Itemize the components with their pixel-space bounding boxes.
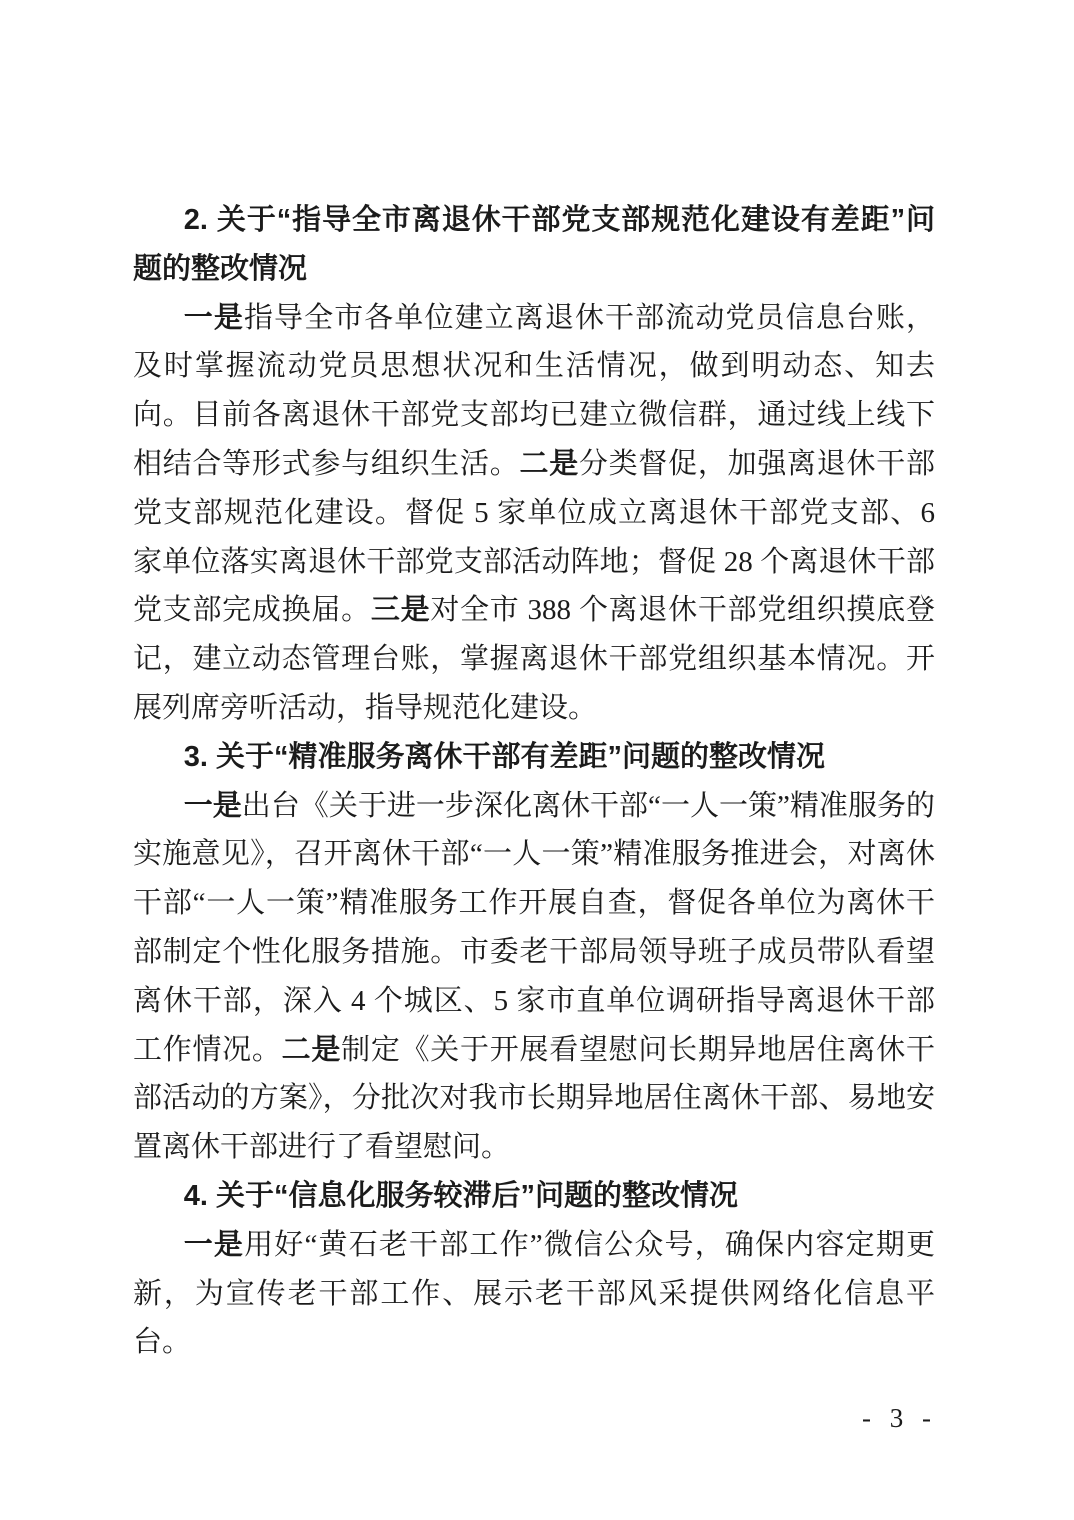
document-content: 2. 关于“指导全市离退休干部党支部规范化建设有差距”问题的整改情况 一是指导全… — [133, 196, 935, 1367]
paragraph-lead-in: 一是 — [184, 1229, 244, 1261]
paragraph-text: 出台《关于进一步深化离休干部“一人一策”精准服务的实施意见》，召开离休干部“一人… — [133, 790, 935, 1066]
section-3-heading: 3. 关于“精准服务离休干部有差距”问题的整改情况 — [133, 733, 935, 782]
page-number: - 3 - — [862, 1403, 937, 1434]
section-3-paragraph: 一是出台《关于进一步深化离休干部“一人一策”精准服务的实施意见》，召开离休干部“… — [133, 782, 935, 1172]
section-2-heading: 2. 关于“指导全市离退休干部党支部规范化建设有差距”问题的整改情况 — [133, 196, 935, 294]
paragraph-lead-in: 二是 — [282, 1034, 341, 1066]
document-page: 2. 关于“指导全市离退休干部党支部规范化建设有差距”问题的整改情况 一是指导全… — [0, 0, 1074, 1520]
paragraph-lead-in: 三是 — [371, 594, 430, 626]
paragraph-lead-in: 二是 — [519, 448, 578, 480]
paragraph-lead-in: 一是 — [184, 302, 244, 334]
paragraph-text: 用好“黄石老干部工作”微信公众号，确保内容定期更新，为宣传老干部工作、展示老干部… — [133, 1229, 935, 1359]
paragraph-lead-in: 一是 — [184, 790, 242, 822]
section-4-heading: 4. 关于“信息化服务较滞后”问题的整改情况 — [133, 1172, 935, 1221]
section-2-paragraph: 一是指导全市各单位建立离退休干部流动党员信息台账，及时掌握流动党员思想状况和生活… — [133, 294, 935, 733]
section-4-paragraph: 一是用好“黄石老干部工作”微信公众号，确保内容定期更新，为宣传老干部工作、展示老… — [133, 1221, 935, 1367]
